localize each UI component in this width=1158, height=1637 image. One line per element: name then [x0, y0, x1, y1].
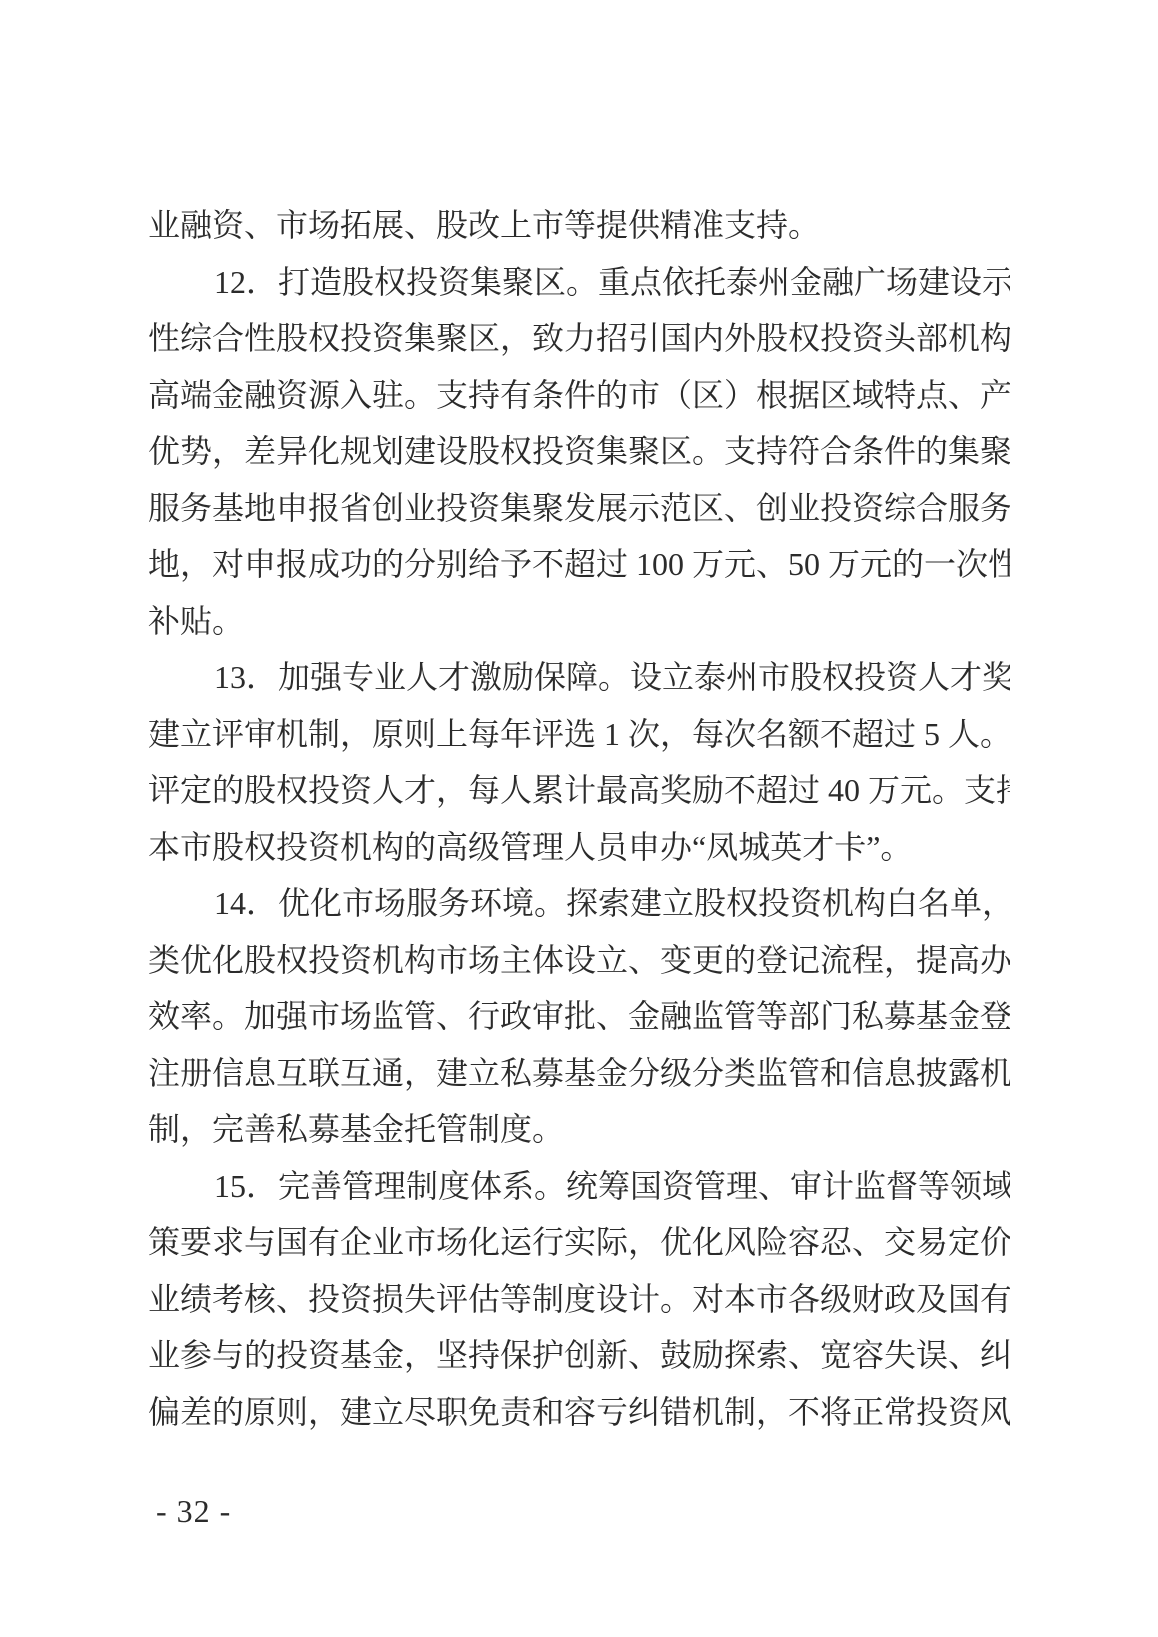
body-line-item-14-start: 14．优化市场服务环境。探索建立股权投资机构白名单，分	[148, 875, 1010, 932]
body-line: 建立评审机制，原则上每年评选 1 次，每次名额不超过 5 人。经	[148, 706, 1010, 763]
body-line: 服务基地申报省创业投资集聚发展示范区、创业投资综合服务基	[148, 480, 1010, 537]
body-line: 效率。加强市场监管、行政审批、金融监管等部门私募基金登记	[148, 988, 1010, 1045]
body-line: 注册信息互联互通，建立私募基金分级分类监管和信息披露机	[148, 1045, 1010, 1102]
body-line: 地，对申报成功的分别给予不超过 100 万元、50 万元的一次性	[148, 536, 1010, 593]
body-line: 本市股权投资机构的高级管理人员申办“凤城英才卡”。	[148, 819, 1010, 876]
body-line: 偏差的原则，建立尽职免责和容亏纠错机制，不将正常投资风险	[148, 1384, 1010, 1441]
body-line: 优势，差异化规划建设股权投资集聚区。支持符合条件的集聚区、	[148, 423, 1010, 480]
body-line: 业融资、市场拓展、股改上市等提供精准支持。	[148, 197, 1010, 254]
body-line-item-15-start: 15．完善管理制度体系。统筹国资管理、审计监督等领域政	[148, 1158, 1010, 1215]
body-line: 制，完善私募基金托管制度。	[148, 1101, 1010, 1158]
page-number: - 32 -	[156, 1494, 231, 1528]
body-line: 策要求与国有企业市场化运行实际，优化风险容忍、交易定价、	[148, 1214, 1010, 1271]
body-line-item-13-start: 13．加强专业人才激励保障。设立泰州市股权投资人才奖，	[148, 649, 1010, 706]
document-page: 业融资、市场拓展、股改上市等提供精准支持。 12．打造股权投资集聚区。重点依托泰…	[0, 0, 1158, 1637]
body-line: 业绩考核、投资损失评估等制度设计。对本市各级财政及国有企	[148, 1271, 1010, 1328]
body-line: 高端金融资源入驻。支持有条件的市（区）根据区域特点、产业	[148, 367, 1010, 424]
body-line-item-12-start: 12．打造股权投资集聚区。重点依托泰州金融广场建设示范	[148, 254, 1010, 311]
body-line: 补贴。	[148, 593, 1010, 650]
body-line: 业参与的投资基金，坚持保护创新、鼓励探索、宽容失误、纠正	[148, 1327, 1010, 1384]
body-line: 评定的股权投资人才，每人累计最高奖励不超过 40 万元。支持	[148, 762, 1010, 819]
body-line: 性综合性股权投资集聚区，致力招引国内外股权投资头部机构和	[148, 310, 1010, 367]
document-body: 业融资、市场拓展、股改上市等提供精准支持。 12．打造股权投资集聚区。重点依托泰…	[148, 197, 1010, 1440]
body-line: 类优化股权投资机构市场主体设立、变更的登记流程，提高办理	[148, 932, 1010, 989]
